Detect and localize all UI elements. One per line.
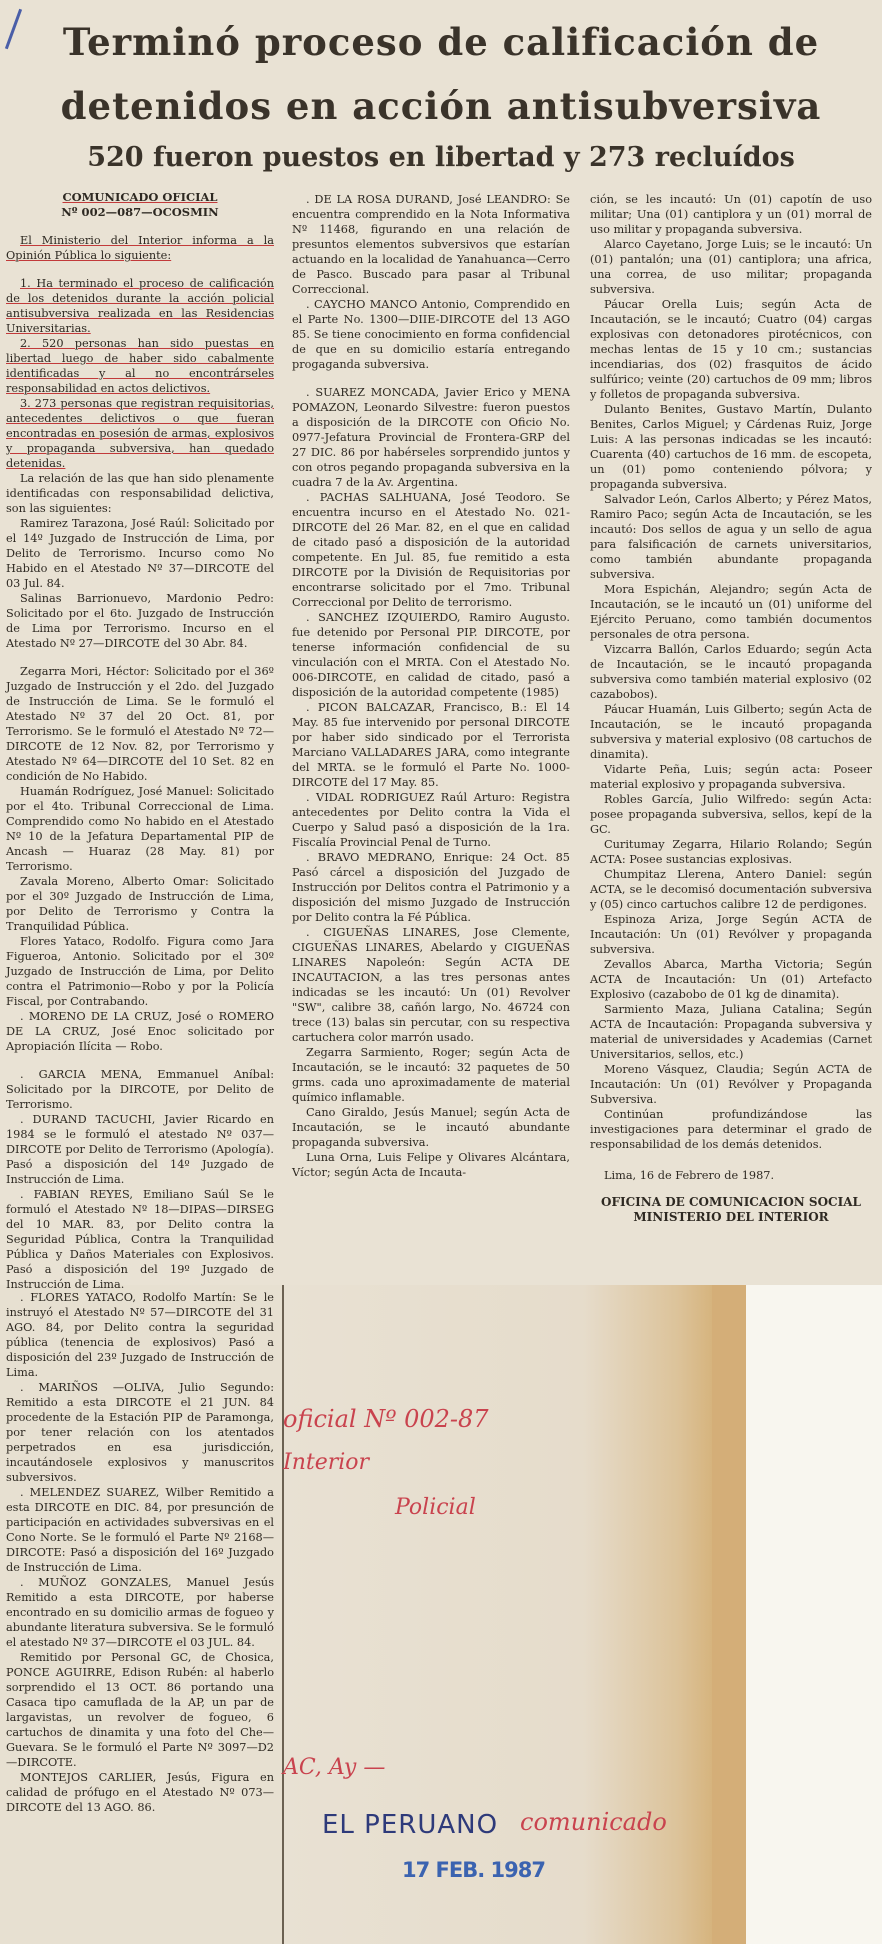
detainee-entry: . MELENDEZ SUAREZ, Wilber Remitido a est… [6,1485,274,1575]
date-stamp: 17 FEB. 1987 [402,1858,545,1882]
communique-point: 1. Ha terminado el proceso de calificaci… [6,276,274,336]
communique-point: 2. 520 personas han sido puestas en libe… [6,336,274,396]
page-background-lower [746,1283,882,1944]
detainee-entry: . FABIAN REYES, Emiliano Saúl Se le form… [6,1187,274,1292]
detainee-entry: ción, se les incautó: Un (01) capotín de… [590,192,872,237]
detainee-entry: Vizcarra Ballón, Carlos Eduardo; según A… [590,642,872,702]
communique-title: COMUNICADO OFICIAL [6,190,274,205]
detainee-entry: . PICON BALCAZAR, Francisco, B.: El 14 M… [292,700,570,790]
communique-number: Nº 002—087—OCOSMIN [6,205,274,220]
detainee-entry: Dulanto Benites, Gustavo Martín, Dulanto… [590,402,872,492]
detainee-entry: Alarco Cayetano, Jorge Luis; se le incau… [590,237,872,297]
detainee-entry: Espinoza Ariza, Jorge Según ACTA de Inca… [590,912,872,957]
headline-line-1: Terminó proceso de calificación de [0,20,882,64]
detainee-entry: Huamán Rodríguez, José Manuel: Solicitad… [6,784,274,874]
detainee-entry: Sarmiento Maza, Juliana Catalina; Según … [590,1002,872,1062]
detainee-entry: Mora Espichán, Alejandro; según Acta de … [590,582,872,642]
headline-line-2: detenidos en acción antisubversiva [0,84,882,128]
communique-point: 3. 273 personas que registran requisitor… [6,396,274,471]
detainee-entry: Chumpitaz Llerena, Antero Daniel: según … [590,867,872,912]
detainee-entry: . BRAVO MEDRANO, Enrique: 24 Oct. 85 Pas… [292,850,570,925]
detainee-entry: Zavala Moreno, Alberto Omar: Solicitado … [6,874,274,934]
article-column-3: ción, se les incautó: Un (01) capotín de… [590,192,872,1225]
handwritten-interior: Interior [283,1450,369,1475]
article-column-1: COMUNICADO OFICIAL Nº 002—087—OCOSMIN El… [6,190,274,1292]
handwritten-policial: Policial [395,1495,476,1520]
detainee-entry: Páucar Huamán, Luis Gilberto; según Acta… [590,702,872,762]
detainee-entry: Zevallos Abarca, Martha Victoria; Según … [590,957,872,1002]
detainee-entry: . SUAREZ MONCADA, Javier Erico y MENA PO… [292,385,570,490]
detainee-entry: . DURAND TACUCHI, Javier Ricardo en 1984… [6,1112,274,1187]
handwritten-newspaper-name: EL PERUANO [322,1810,498,1840]
backing-paper-edge [712,1283,746,1944]
handwritten-official-number: oficial Nº 002-87 [283,1405,489,1433]
detainee-entry: . VIDAL RODRIGUEZ Raúl Arturo: Registra … [292,790,570,850]
detainee-entry: Zegarra Sarmiento, Roger; según Acta de … [292,1045,570,1105]
handwritten-ac: AC, Ay — [283,1755,385,1780]
detainee-entry: Salvador León, Carlos Alberto; y Pérez M… [590,492,872,582]
detainee-entry: Robles García, Julio Wilfredo: según Act… [590,792,872,837]
closing-paragraph: Continúan profundizándose las investigac… [590,1107,872,1152]
detainee-entry: Páucar Orella Luis; según Acta de Incaut… [590,297,872,402]
detainee-entry: Remitido por Personal GC, de Chosica, PO… [6,1650,274,1770]
detainee-entry: . MARIÑOS —OLIVA, Julio Segundo: Remitid… [6,1380,274,1485]
detainee-entry: . MORENO DE LA CRUZ, José o ROMERO DE LA… [6,1009,274,1054]
detainee-entry: . FLORES YATACO, Rodolfo Martín: Se le i… [6,1290,274,1380]
detainee-entry: . DE LA ROSA DURAND, José LEANDRO: Se en… [292,192,570,297]
detainee-entry: . CIGUEÑAS LINARES, Jose Clemente, CIGUE… [292,925,570,1045]
detainee-entry: Flores Yataco, Rodolfo. Figura como Jara… [6,934,274,1009]
detainee-entry: Vidarte Peña, Luis; según acta: Poseer m… [590,762,872,792]
handwritten-comunicado: comunicado [520,1808,667,1836]
detainee-entry: . SANCHEZ IZQUIERDO, Ramiro Augusto. fue… [292,610,570,700]
communique-intro: El Ministerio del Interior informa a la … [6,233,274,263]
detainee-entry: Salinas Barrionuevo, Mardonio Pedro: Sol… [6,591,274,651]
detainee-entry: MONTEJOS CARLIER, Jesús, Figura en calid… [6,1770,274,1815]
detainee-entry: . GARCIA MENA, Emmanuel Aníbal: Solicita… [6,1067,274,1112]
signature-ministry: MINISTERIO DEL INTERIOR [590,1210,872,1225]
article-column-1-continued: . FLORES YATACO, Rodolfo Martín: Se le i… [6,1290,274,1815]
signature-office: OFICINA DE COMUNICACION SOCIAL [590,1195,872,1210]
dateline: Lima, 16 de Febrero de 1987. [590,1168,872,1183]
detainee-entry: . PACHAS SALHUANA, José Teodoro. Se encu… [292,490,570,610]
detainee-entry: Zegarra Mori, Héctor: Solicitado por el … [6,664,274,784]
detainee-entry: Ramirez Tarazona, José Raúl: Solicitado … [6,516,274,591]
article-column-2: . DE LA ROSA DURAND, José LEANDRO: Se en… [292,192,570,1180]
list-intro: La relación de las que han sido plenamen… [6,471,274,516]
detainee-entry: Luna Orna, Luis Felipe y Olivares Alcánt… [292,1150,570,1180]
detainee-entry: Cano Giraldo, Jesús Manuel; según Acta d… [292,1105,570,1150]
detainee-entry: . CAYCHO MANCO Antonio, Comprendido en e… [292,297,570,372]
backing-paper [282,1283,712,1944]
detainee-entry: Curitumay Zegarra, Hilario Rolando; Segú… [590,837,872,867]
detainee-entry: Moreno Vásquez, Claudia; Según ACTA de I… [590,1062,872,1107]
detainee-entry: . MUÑOZ GONZALES, Manuel Jesús Remitido … [6,1575,274,1650]
subheadline: 520 fueron puestos en libertad y 273 rec… [0,142,882,173]
